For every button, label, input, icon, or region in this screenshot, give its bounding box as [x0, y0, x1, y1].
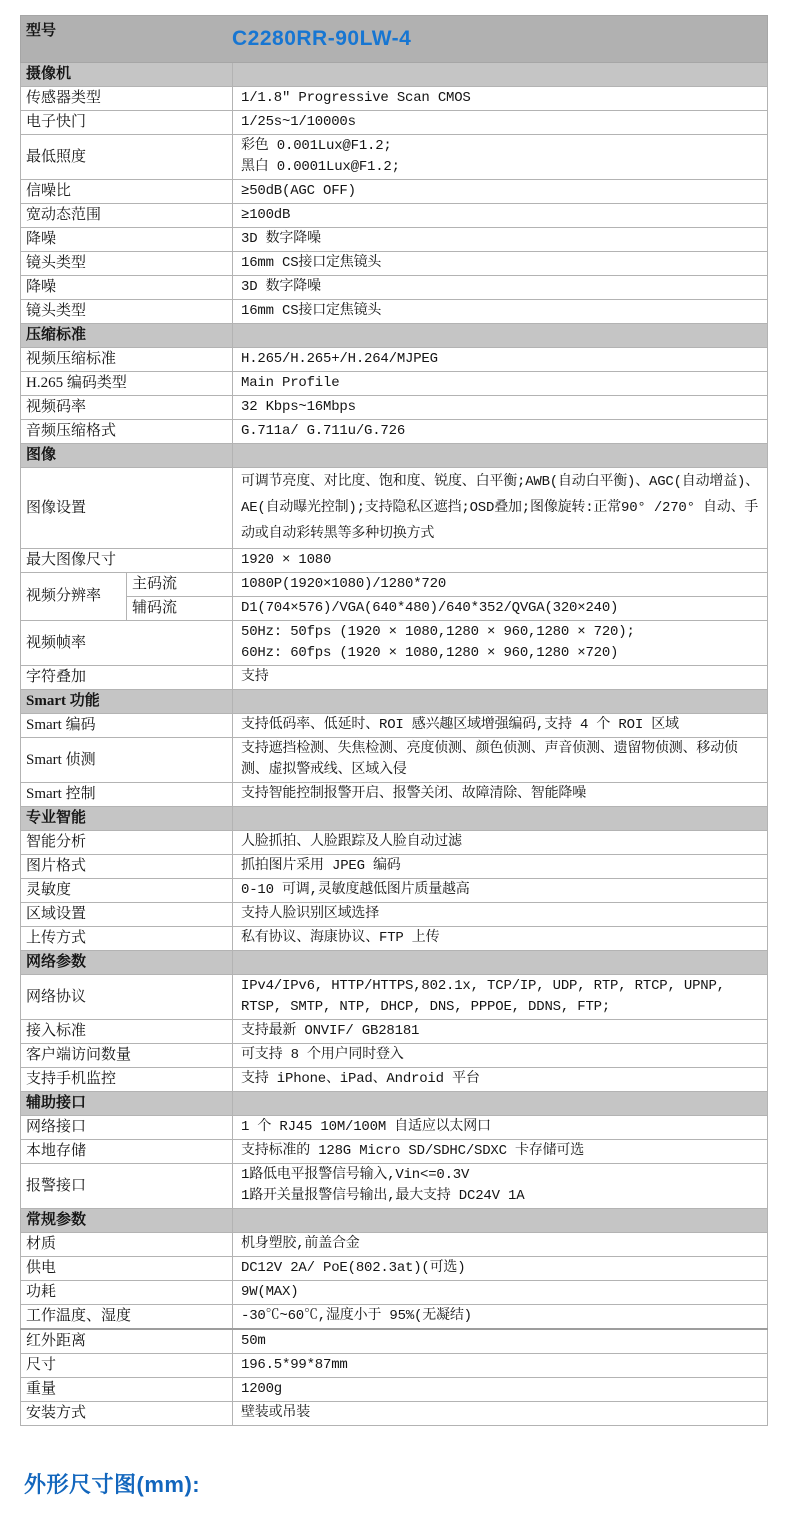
section-title: 压缩标准: [21, 324, 233, 348]
spec-row: 区域设置支持人脸识别区域选择: [21, 903, 768, 927]
spec-row: 降噪3D 数字降噪: [21, 228, 768, 252]
spec-row: 图像设置可调节亮度、对比度、饱和度、锐度、白平衡;AWB(自动白平衡)、AGC(…: [21, 468, 768, 549]
section-filler: [233, 690, 768, 714]
row-label: 尺寸: [21, 1354, 233, 1378]
row-label: 镜头类型: [21, 300, 233, 324]
spec-row: 客户端访问数量可支持 8 个用户同时登入: [21, 1044, 768, 1068]
value-line: 60Hz: 60fps (1920 × 1080,1280 × 960,1280…: [241, 643, 759, 664]
row-value: 私有协议、海康协议、FTP 上传: [233, 927, 768, 951]
spec-row: 重量1200g: [21, 1378, 768, 1402]
row-value: 彩色 0.001Lux@F1.2;黑白 0.0001Lux@F1.2;: [233, 135, 768, 180]
row-label: Smart 控制: [21, 783, 233, 807]
row-value: 1/25s~1/10000s: [233, 111, 768, 135]
row-value: H.265/H.265+/H.264/MJPEG: [233, 348, 768, 372]
row-value: DC12V 2A/ PoE(802.3at)(可选): [233, 1257, 768, 1281]
spec-row: 支持手机监控支持 iPhone、iPad、Android 平台: [21, 1068, 768, 1092]
spec-row: 最低照度彩色 0.001Lux@F1.2;黑白 0.0001Lux@F1.2;: [21, 135, 768, 180]
spec-row: Smart 编码支持低码率、低延时、ROI 感兴趣区域增强编码,支持 4 个 R…: [21, 714, 768, 738]
section-title: 网络参数: [21, 951, 233, 975]
spec-row: 智能分析人脸抓拍、人脸跟踪及人脸自动过滤: [21, 831, 768, 855]
row-label: 灵敏度: [21, 879, 233, 903]
row-value: 支持 iPhone、iPad、Android 平台: [233, 1068, 768, 1092]
spec-row: H.265 编码类型Main Profile: [21, 372, 768, 396]
section-filler: [233, 807, 768, 831]
row-value: 支持: [233, 666, 768, 690]
section-header-row: 网络参数: [21, 951, 768, 975]
substream-label: 主码流: [127, 573, 233, 597]
row-value: -30℃~60℃,湿度小于 95%(无凝结): [233, 1305, 768, 1330]
spec-row: 功耗9W(MAX): [21, 1281, 768, 1305]
spec-row: 最大图像尺寸1920 × 1080: [21, 549, 768, 573]
row-value: 32 Kbps~16Mbps: [233, 396, 768, 420]
row-value: 支持遮挡检测、失焦检测、亮度侦测、颜色侦测、声音侦测、遗留物侦测、移动侦测、虚拟…: [233, 738, 768, 783]
row-label: 红外距离: [21, 1329, 233, 1354]
row-label: Smart 编码: [21, 714, 233, 738]
spec-row: 视频码率32 Kbps~16Mbps: [21, 396, 768, 420]
row-label: 图像设置: [21, 468, 233, 549]
row-label: 功耗: [21, 1281, 233, 1305]
row-value: 机身塑胶,前盖合金: [233, 1233, 768, 1257]
section-header-row: 摄像机: [21, 63, 768, 87]
row-label: 智能分析: [21, 831, 233, 855]
spec-row: 接入标准支持最新 ONVIF/ GB28181: [21, 1020, 768, 1044]
row-label: 区域设置: [21, 903, 233, 927]
row-value: 可支持 8 个用户同时登入: [233, 1044, 768, 1068]
row-label: 图片格式: [21, 855, 233, 879]
row-label: 支持手机监控: [21, 1068, 233, 1092]
row-label: 降噪: [21, 276, 233, 300]
row-value: 壁装或吊装: [233, 1402, 768, 1426]
spec-row: 安装方式壁装或吊装: [21, 1402, 768, 1426]
value-line: 彩色 0.001Lux@F1.2;: [241, 136, 759, 157]
row-value: 16mm CS接口定焦镜头: [233, 252, 768, 276]
row-label: 传感器类型: [21, 87, 233, 111]
substream-label: 辅码流: [127, 597, 233, 621]
spec-row: 材质机身塑胶,前盖合金: [21, 1233, 768, 1257]
section-filler: [233, 444, 768, 468]
row-value: 支持智能控制报警开启、报警关闭、故障清除、智能降噪: [233, 783, 768, 807]
row-value: 支持低码率、低延时、ROI 感兴趣区域增强编码,支持 4 个 ROI 区域: [233, 714, 768, 738]
row-value: 50Hz: 50fps (1920 × 1080,1280 × 960,1280…: [233, 621, 768, 666]
section-header-row: 常规参数: [21, 1209, 768, 1233]
row-value: 支持标准的 128G Micro SD/SDHC/SDXC 卡存储可选: [233, 1140, 768, 1164]
section-filler: [233, 63, 768, 87]
section-header-row: Smart 功能: [21, 690, 768, 714]
row-label: 视频压缩标准: [21, 348, 233, 372]
row-value: G.711a/ G.711u/G.726: [233, 420, 768, 444]
row-value: ≥100dB: [233, 204, 768, 228]
spec-row: 网络接口1 个 RJ45 10M/100M 自适应以太网口: [21, 1116, 768, 1140]
spec-row: 视频帧率50Hz: 50fps (1920 × 1080,1280 × 960,…: [21, 621, 768, 666]
row-label: 上传方式: [21, 927, 233, 951]
spec-row: 供电DC12V 2A/ PoE(802.3at)(可选): [21, 1257, 768, 1281]
section-filler: [233, 951, 768, 975]
section-title: 辅助接口: [21, 1092, 233, 1116]
row-label: 宽动态范围: [21, 204, 233, 228]
section-filler: [233, 1209, 768, 1233]
spec-table: 型号 C2280RR-90LW-4 摄像机传感器类型1/1.8″ Progres…: [20, 15, 768, 1426]
row-label: 降噪: [21, 228, 233, 252]
section-header-row: 辅助接口: [21, 1092, 768, 1116]
row-value: ≥50dB(AGC OFF): [233, 180, 768, 204]
spec-row: 视频压缩标准H.265/H.265+/H.264/MJPEG: [21, 348, 768, 372]
section-title: 图像: [21, 444, 233, 468]
row-value: 抓拍图片采用 JPEG 编码: [233, 855, 768, 879]
spec-row: 网络协议IPv4/IPv6, HTTP/HTTPS,802.1x, TCP/IP…: [21, 975, 768, 1020]
spec-sheet-page: 型号 C2280RR-90LW-4 摄像机传感器类型1/1.8″ Progres…: [0, 0, 790, 1529]
row-label: 材质: [21, 1233, 233, 1257]
row-label: 网络接口: [21, 1116, 233, 1140]
spec-row: 音频压缩格式G.711a/ G.711u/G.726: [21, 420, 768, 444]
spec-row: 工作温度、湿度-30℃~60℃,湿度小于 95%(无凝结): [21, 1305, 768, 1330]
spec-row: 镜头类型16mm CS接口定焦镜头: [21, 252, 768, 276]
section-title: 摄像机: [21, 63, 233, 87]
spec-row: 信噪比≥50dB(AGC OFF): [21, 180, 768, 204]
row-value: 支持人脸识别区域选择: [233, 903, 768, 927]
row-label: 安装方式: [21, 1402, 233, 1426]
row-label: 网络协议: [21, 975, 233, 1020]
row-value: IPv4/IPv6, HTTP/HTTPS,802.1x, TCP/IP, UD…: [233, 975, 768, 1020]
row-value: 3D 数字降噪: [233, 276, 768, 300]
row-value: 196.5*99*87mm: [233, 1354, 768, 1378]
section-title: 常规参数: [21, 1209, 233, 1233]
spec-row: 报警接口1路低电平报警信号输入,Vin<=0.3V1路开关量报警信号输出,最大支…: [21, 1164, 768, 1209]
spec-row: 字符叠加支持: [21, 666, 768, 690]
section-title: 专业智能: [21, 807, 233, 831]
section-title: Smart 功能: [21, 690, 233, 714]
row-value: 3D 数字降噪: [233, 228, 768, 252]
spec-row: 灵敏度0-10 可调,灵敏度越低图片质量越高: [21, 879, 768, 903]
dimension-diagram-heading: 外形尺寸图(mm):: [24, 1468, 770, 1499]
row-value: 1920 × 1080: [233, 549, 768, 573]
row-label: 最低照度: [21, 135, 233, 180]
row-label: 电子快门: [21, 111, 233, 135]
spec-row: 上传方式私有协议、海康协议、FTP 上传: [21, 927, 768, 951]
spec-row: 宽动态范围≥100dB: [21, 204, 768, 228]
spec-row: Smart 控制支持智能控制报警开启、报警关闭、故障清除、智能降噪: [21, 783, 768, 807]
section-filler: [233, 1092, 768, 1116]
row-value: 可调节亮度、对比度、饱和度、锐度、白平衡;AWB(自动白平衡)、AGC(自动增益…: [233, 468, 768, 549]
row-label: 本地存储: [21, 1140, 233, 1164]
spec-table-body: 型号 C2280RR-90LW-4 摄像机传感器类型1/1.8″ Progres…: [21, 16, 768, 1426]
row-value: 50m: [233, 1329, 768, 1354]
row-label: 字符叠加: [21, 666, 233, 690]
value-line: 1路低电平报警信号输入,Vin<=0.3V: [241, 1165, 759, 1186]
section-header-row: 图像: [21, 444, 768, 468]
row-value: 人脸抓拍、人脸跟踪及人脸自动过滤: [233, 831, 768, 855]
row-label: 接入标准: [21, 1020, 233, 1044]
spec-row: 传感器类型1/1.8″ Progressive Scan CMOS: [21, 87, 768, 111]
row-label: 镜头类型: [21, 252, 233, 276]
spec-row: 镜头类型16mm CS接口定焦镜头: [21, 300, 768, 324]
value-line: 50Hz: 50fps (1920 × 1080,1280 × 960,1280…: [241, 622, 759, 643]
row-label: 重量: [21, 1378, 233, 1402]
section-header-row: 压缩标准: [21, 324, 768, 348]
row-value: 0-10 可调,灵敏度越低图片质量越高: [233, 879, 768, 903]
row-value: 16mm CS接口定焦镜头: [233, 300, 768, 324]
row-label: 最大图像尺寸: [21, 549, 233, 573]
row-label: 信噪比: [21, 180, 233, 204]
section-filler: [233, 324, 768, 348]
row-label: 视频分辨率: [21, 573, 127, 621]
spec-subrow: 视频分辨率主码流1080P(1920×1080)/1280*720: [21, 573, 768, 597]
row-label: 工作温度、湿度: [21, 1305, 233, 1330]
value-line: 1路开关量报警信号输出,最大支持 DC24V 1A: [241, 1186, 759, 1207]
section-header-row: 专业智能: [21, 807, 768, 831]
row-value: 9W(MAX): [233, 1281, 768, 1305]
row-value: 1/1.8″ Progressive Scan CMOS: [233, 87, 768, 111]
spec-row: 电子快门1/25s~1/10000s: [21, 111, 768, 135]
row-label: 报警接口: [21, 1164, 233, 1209]
row-value: Main Profile: [233, 372, 768, 396]
row-value: 1200g: [233, 1378, 768, 1402]
row-value: D1(704×576)/VGA(640*480)/640*352/QVGA(32…: [233, 597, 768, 621]
spec-row: 尺寸196.5*99*87mm: [21, 1354, 768, 1378]
spec-subrow: 辅码流D1(704×576)/VGA(640*480)/640*352/QVGA…: [21, 597, 768, 621]
row-value: 1080P(1920×1080)/1280*720: [233, 573, 768, 597]
row-label: 音频压缩格式: [21, 420, 233, 444]
model-number: C2280RR-90LW-4: [232, 16, 767, 62]
row-label: 视频码率: [21, 396, 233, 420]
row-label: H.265 编码类型: [21, 372, 233, 396]
row-label: Smart 侦测: [21, 738, 233, 783]
value-line: 黑白 0.0001Lux@F1.2;: [241, 157, 759, 178]
model-label: 型号: [21, 16, 232, 62]
row-value: 1路低电平报警信号输入,Vin<=0.3V1路开关量报警信号输出,最大支持 DC…: [233, 1164, 768, 1209]
spec-row: 本地存储支持标准的 128G Micro SD/SDHC/SDXC 卡存储可选: [21, 1140, 768, 1164]
row-label: 客户端访问数量: [21, 1044, 233, 1068]
row-label: 供电: [21, 1257, 233, 1281]
row-label: 视频帧率: [21, 621, 233, 666]
model-row: 型号 C2280RR-90LW-4: [21, 16, 768, 63]
spec-row: 降噪3D 数字降噪: [21, 276, 768, 300]
spec-row: 红外距离50m: [21, 1329, 768, 1354]
row-value: 支持最新 ONVIF/ GB28181: [233, 1020, 768, 1044]
spec-row: Smart 侦测支持遮挡检测、失焦检测、亮度侦测、颜色侦测、声音侦测、遗留物侦测…: [21, 738, 768, 783]
row-value: 1 个 RJ45 10M/100M 自适应以太网口: [233, 1116, 768, 1140]
spec-row: 图片格式抓拍图片采用 JPEG 编码: [21, 855, 768, 879]
